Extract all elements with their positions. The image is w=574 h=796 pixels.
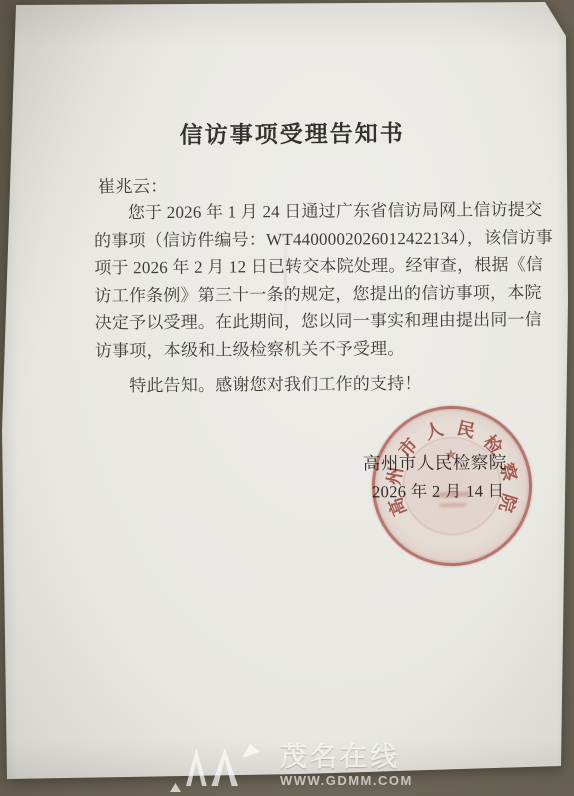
seal-char: 高 (384, 493, 412, 521)
photo-frame: 信访事项受理告知书 崔兆云： 您于 2026 年 1 月 24 日通过广东省信访… (0, 0, 574, 796)
salutation: 崔兆云： (98, 173, 168, 199)
body-line: 访事项，本级和上级检察机关不予受理。 (95, 334, 515, 365)
triangle-icon (204, 748, 250, 786)
official-seal: ★ 高 州 市 人 民 检 察 院 (369, 403, 534, 568)
seal-char: 州 (382, 463, 407, 488)
site-url: WWW.GDMM.COM (280, 774, 413, 787)
seal-char: 察 (495, 459, 522, 486)
body-paragraph: 您于 2026 年 1 月 24 日通过广东省信访局网上信访提交 的事项（信访件… (94, 196, 515, 364)
seal-char: 人 (420, 417, 448, 445)
site-watermark: 茂名在线 WWW.GDMM.COM (186, 744, 413, 788)
document-content: 信访事项受理告知书 崔兆云： 您于 2026 年 1 月 24 日通过广东省信访… (0, 0, 574, 796)
body-line: 项于 2026 年 2 月 12 日已转交本院处理。经审查，根据《信 (94, 251, 514, 282)
body-line: 的事项（信访件编号：WT4400002026012422134），该信访事 (94, 224, 514, 255)
seal-char: 民 (453, 416, 480, 443)
seal-char: 市 (393, 432, 424, 463)
watermark-logo-icon (186, 744, 268, 788)
body-line: 决定予以受理。在此期间，您以同一事实和理由提出同一信 (95, 306, 515, 337)
closing-line: 特此告知。感谢您对我们工作的支持！ (95, 369, 422, 397)
paper-shadow: 信访事项受理告知书 崔兆云： 您于 2026 年 1 月 24 日通过广东省信访… (0, 0, 574, 796)
body-line: 您于 2026 年 1 月 24 日通过广东省信访局网上信访提交 (94, 196, 514, 227)
body-line: 访工作条例》第三十一条的规定，您提出的信访事项，本院 (94, 279, 514, 310)
seal-char: 院 (494, 489, 521, 516)
sparkle-icon (242, 744, 260, 758)
site-name: 茂名在线 (280, 744, 413, 771)
seal-char: 检 (477, 429, 508, 460)
document-page: 信访事项受理告知书 崔兆云： 您于 2026 年 1 月 24 日通过广东省信访… (0, 0, 574, 796)
watermark-text: 茂名在线 WWW.GDMM.COM (280, 744, 413, 787)
seal-arc-text: 高 州 市 人 民 检 察 院 (372, 406, 531, 565)
page-title: 信访事项受理告知书 (12, 114, 572, 151)
